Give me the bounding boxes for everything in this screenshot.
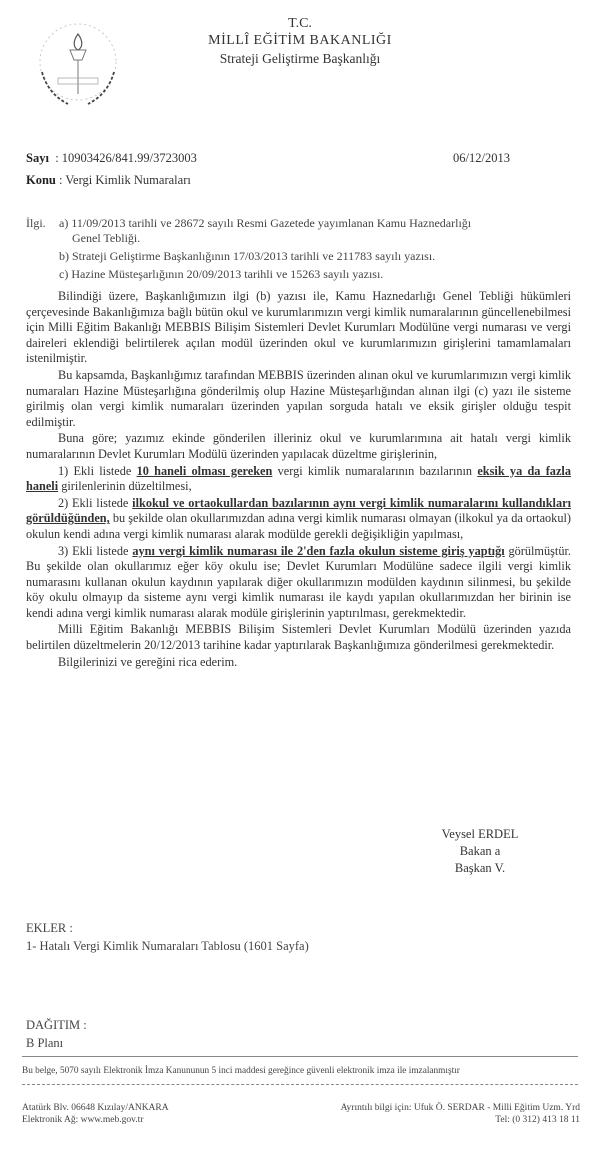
konu-value: Vergi Kimlik Numaraları xyxy=(65,173,190,187)
distribution-section: DAĞITIM : B Planı xyxy=(26,1016,87,1052)
paragraph-3: Buna göre; yazımız ekinde gönderilen ill… xyxy=(26,431,571,462)
paragraph-5: Bilgilerinizi ve gereğini rica ederim. xyxy=(26,655,571,671)
references-label: İlgi. xyxy=(26,216,59,231)
list-item-1: 1) Ekli listede 10 haneli olması gereken… xyxy=(26,464,571,495)
footer-divider-bottom xyxy=(22,1084,578,1085)
footer-address: Atatürk Blv. 06648 Kızılay/ANKARA Elektr… xyxy=(22,1102,169,1126)
attachments-section: EKLER : 1- Hatalı Vergi Kimlik Numaralar… xyxy=(26,919,309,955)
document-subject: Konu : Vergi Kimlik Numaraları xyxy=(26,173,191,188)
reference-text: Hazine Müsteşarlığının 20/09/2013 tarihl… xyxy=(71,267,383,281)
footer-divider-top xyxy=(22,1056,578,1057)
attachment-item: 1- Hatalı Vergi Kimlik Numaraları Tablos… xyxy=(26,937,309,955)
list-item-2: 2) Ekli listede ilkokul ve ortaokullarda… xyxy=(26,496,571,543)
reference-item-c: c) Hazine Müsteşarlığının 20/09/2013 tar… xyxy=(26,267,574,282)
torch-seal-icon xyxy=(28,12,128,112)
signatory-role: Başkan V. xyxy=(430,860,530,877)
footer-contact: Ayrıntılı bilgi için: Ufuk Ö. SERDAR - M… xyxy=(341,1102,580,1126)
website-link[interactable]: Elektronik Ağ: www.meb.gov.tr xyxy=(22,1114,169,1126)
e-signature-notice: Bu belge, 5070 sayılı Elektronik İmza Ka… xyxy=(22,1066,460,1076)
signatory-name: Veysel ERDEL xyxy=(430,826,530,843)
address-line: Atatürk Blv. 06648 Kızılay/ANKARA xyxy=(22,1102,169,1114)
header-department: Strateji Geliştirme Başkanlığı xyxy=(150,51,450,67)
reference-text: Strateji Geliştirme Başkanlığının 17/03/… xyxy=(72,249,435,263)
contact-person: Ayrıntılı bilgi için: Ufuk Ö. SERDAR - M… xyxy=(341,1102,580,1114)
document-date: 06/12/2013 xyxy=(453,151,510,166)
reference-item-b: b) Strateji Geliştirme Başkanlığının 17/… xyxy=(26,249,574,264)
paragraph-2: Bu kapsamda, Başkanlığımız tarafından ME… xyxy=(26,368,571,430)
reference-marker: a) xyxy=(59,216,68,230)
letter-body: Bilindiği üzere, Başkanlığımızın ilgi (b… xyxy=(26,289,571,671)
signature-block: Veysel ERDEL Bakan a Başkan V. xyxy=(430,826,530,877)
list-item-3: 3) Ekli listede aynı vergi kimlik numara… xyxy=(26,544,571,622)
distribution-item: B Planı xyxy=(26,1034,87,1052)
reference-item-a: İlgi. a) 11/09/2013 tarihli ve 28672 say… xyxy=(26,216,574,231)
reference-marker: c) xyxy=(59,267,68,281)
header-country: T.C. xyxy=(150,16,450,32)
document-number: Sayı : 10903426/841.99/3723003 xyxy=(26,151,197,166)
reference-continuation: Genel Tebliği. xyxy=(26,231,574,246)
attachments-label: EKLER : xyxy=(26,919,309,937)
reference-marker: b) xyxy=(59,249,69,263)
paragraph-4: Milli Eğitim Bakanlığı MEBBIS Bilişim Si… xyxy=(26,622,571,653)
paragraph-1: Bilindiği üzere, Başkanlığımızın ilgi (b… xyxy=(26,289,571,367)
sayi-value: 10903426/841.99/3723003 xyxy=(62,151,197,165)
distribution-label: DAĞITIM : xyxy=(26,1016,87,1034)
konu-label: Konu xyxy=(26,173,56,187)
reference-text: 11/09/2013 tarihli ve 28672 sayılı Resmi… xyxy=(71,216,471,230)
references-section: İlgi. a) 11/09/2013 tarihli ve 28672 say… xyxy=(26,216,574,282)
signatory-title: Bakan a xyxy=(430,843,530,860)
contact-phone: Tel: (0 312) 413 18 11 xyxy=(341,1114,580,1126)
sayi-label: Sayı xyxy=(26,151,49,165)
header-ministry: MİLLÎ EĞİTİM BAKANLIĞI xyxy=(150,33,450,49)
ministry-seal-logo xyxy=(28,12,128,112)
